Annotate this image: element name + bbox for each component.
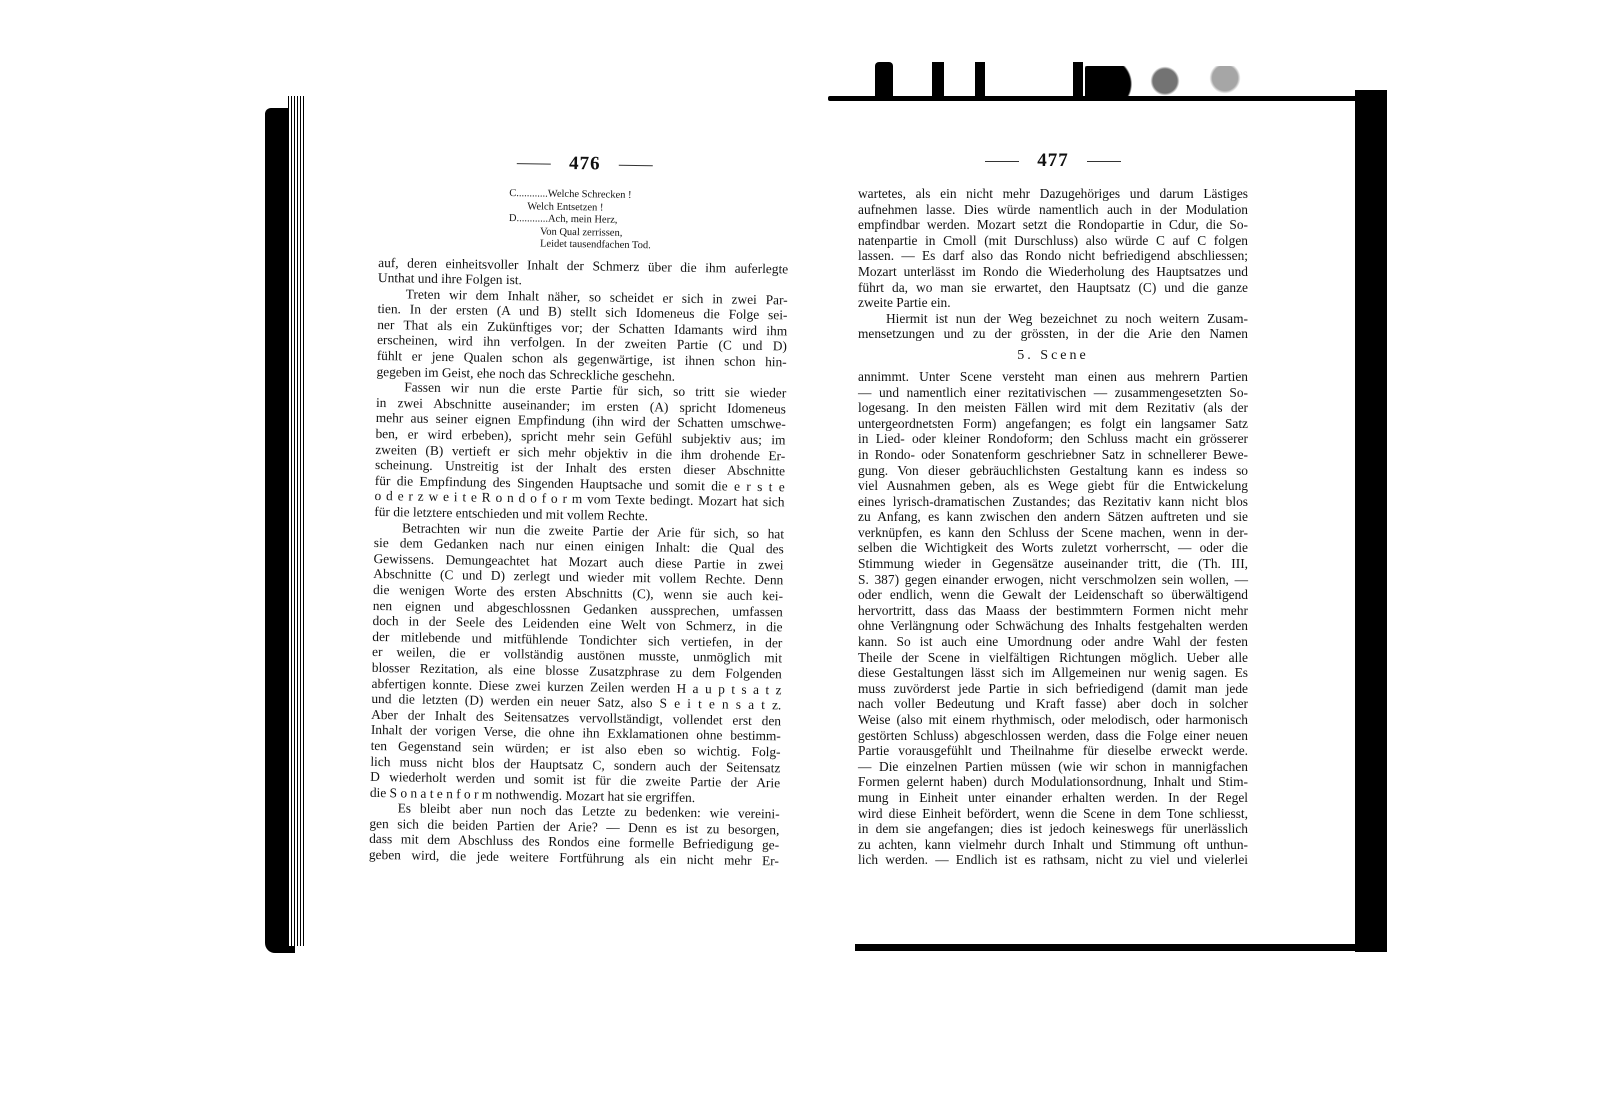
text-line: wartetes, als ein nicht mehr Dazugehörig… — [858, 186, 1248, 202]
text-line: Stimmung wieder in Gegensätze auseinande… — [858, 556, 1248, 572]
text-line: — und namentlich einer rezitativischen —… — [858, 385, 1248, 401]
text-line: zu achten, kann vielmehr durch Inhalt un… — [858, 837, 1248, 853]
text-line: kann. So ist auch eine Umordnung oder an… — [858, 634, 1248, 650]
text-line: in Lied- oder kleiner Rondoform; den Sch… — [858, 431, 1248, 447]
text-line: Weise (also mit einem rhythmisch, oder m… — [858, 712, 1248, 728]
scan-clip-artifact — [1073, 62, 1083, 98]
text-line: zweite Partie ein. — [858, 295, 1248, 311]
text-line: muss zuvörderst jede Partie in sich befr… — [858, 681, 1248, 697]
section-heading: 5. Scene — [858, 348, 1248, 364]
text-line: lich werden. — Endlich ist es rathsam, n… — [858, 852, 1248, 868]
text-line: selben die Wichtigkeit des Worts zuletzt… — [858, 540, 1248, 556]
text-line: ohne Verlängnung oder Schwächung des Inh… — [858, 618, 1248, 634]
right-body-text-top: wartetes, als ein nicht mehr Dazugehörig… — [858, 186, 1248, 342]
text-line: gung. Von dieser gebräuchlichsten Gestal… — [858, 463, 1248, 479]
folio-rule — [1087, 161, 1121, 162]
left-body-text: auf, deren einheitsvoller Inhalt der Sch… — [369, 254, 789, 869]
page-number-left: 476 — [380, 150, 790, 178]
text-line: natenpartie in Cmoll (mit Durschluss) al… — [858, 233, 1248, 249]
page-stack-edges — [288, 96, 306, 946]
text-line: Theile der Scene in vielfältigen Richtun… — [858, 650, 1248, 666]
page-number-right: 477 — [858, 150, 1248, 172]
text-line: führt da, wo man sie erwartet, den Haupt… — [858, 280, 1248, 296]
text-line: in Rondo- oder Sonatenform geschriebner … — [858, 447, 1248, 463]
scan-clip-artifact — [932, 62, 944, 98]
page-bottom-shadow — [855, 944, 1360, 951]
text-line: Partie vorausgefühlt und Theilnahme für … — [858, 743, 1248, 759]
text-line: annimmt. Unter Scene versteht man einen … — [858, 369, 1248, 385]
text-line: diese Gestaltungen lässt sich im Allgeme… — [858, 665, 1248, 681]
text-line: viel Ausnahmen geben, als es Wege giebt … — [858, 478, 1248, 494]
text-line: lassen. — Es darf also das Rondo nicht b… — [858, 248, 1248, 264]
text-line: zu Anfang, es kann zwischen den andern S… — [858, 509, 1248, 525]
text-line: aufnehmen lasse. Dies würde namentlich a… — [858, 202, 1248, 218]
text-line: eines lyrisch-dramatischen Zustandes; da… — [858, 494, 1248, 510]
folio-rule — [517, 163, 551, 165]
right-page: 477 wartetes, als ein nicht mehr Dazugeh… — [858, 150, 1248, 868]
text-line: Formen gelernt haben) durch Modulationso… — [858, 774, 1248, 790]
text-line: oder endlich, wenn die Gewalt der Leiden… — [858, 587, 1248, 603]
text-line: in dem sie angefangen; dies ist jedoch k… — [858, 821, 1248, 837]
book-cover-right-edge — [1355, 90, 1387, 952]
text-line: logesang. In den meisten Fällen wird mit… — [858, 400, 1248, 416]
verse-quote: C............Welche Schrecken ! Welch En… — [508, 188, 789, 255]
text-line: wird diese Einheit befördert, wenn die S… — [858, 806, 1248, 822]
text-line: — Die einzelnen Partien müssen (wie wir … — [858, 759, 1248, 775]
text-line: empfindbar werden. Mozart setzt die Rond… — [858, 217, 1248, 233]
text-line: nach voller Bedeutung und Kraft fasse) a… — [858, 696, 1248, 712]
text-line: mensetzungen und zu der grössten, in der… — [858, 326, 1248, 342]
text-line: untergeordnetsten Form) angefangen; es f… — [858, 416, 1248, 432]
scan-clip-artifact — [975, 62, 985, 98]
scan-clip-artifact — [875, 62, 893, 98]
text-line: verknüpfen, es kann den Schluss der Scen… — [858, 525, 1248, 541]
folio-rule — [985, 161, 1019, 162]
folio-rule — [619, 165, 653, 167]
text-line: Hiermit ist nun der Weg bezeichnet zu no… — [858, 311, 1248, 327]
scan-noise — [1085, 66, 1285, 96]
text-line: hervortritt, dass das Maass der bestimmt… — [858, 603, 1248, 619]
text-line: mung in Einheit unter einander erhalten … — [858, 790, 1248, 806]
text-line: S. 387) gegen einander erwogen, nicht ve… — [858, 572, 1248, 588]
text-line: gestörten Schluss) abgeschlossen werden,… — [858, 728, 1248, 744]
left-page: 476 C............Welche Schrecken ! Welc… — [369, 150, 790, 869]
page-top-shadow — [828, 96, 1383, 101]
right-body-text-bottom: annimmt. Unter Scene versteht man einen … — [858, 369, 1248, 868]
text-line: Mozart unterlässt im Rondo die Wiederhol… — [858, 264, 1248, 280]
